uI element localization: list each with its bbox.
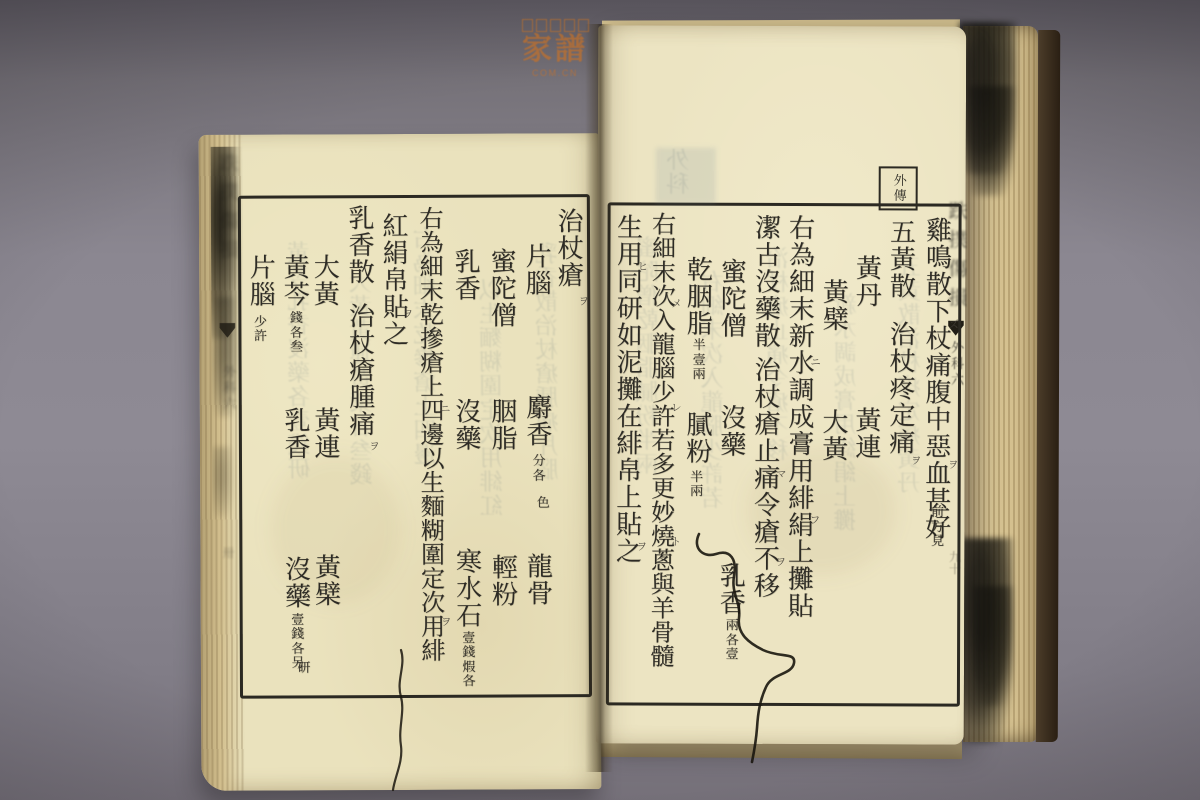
text-segment: 右為細末新水調成膏用緋絹上攤貼 — [785, 214, 812, 619]
text-segment: 治杖疼定痛 — [887, 320, 913, 455]
text-segment: 五黃散 — [887, 218, 913, 299]
kunten-mark: ト — [670, 536, 681, 547]
text-column: 乾胭脂壹兩半膩粉半兩 — [679, 206, 715, 703]
text-segment: 片腦 — [523, 242, 549, 296]
text-column: 黃芩各叁錢乳香沒藥各另壹錢研 — [277, 198, 313, 695]
kunten-mark: メ — [671, 298, 682, 309]
bleedthrough-text: 外科 — [669, 148, 692, 196]
kunten-mark: ヲ — [947, 459, 958, 470]
kunten-mark: ヲ — [636, 540, 647, 551]
kunten-mark: ヲ — [910, 454, 921, 465]
text-segment: 龍骨 — [524, 552, 550, 606]
kunten-mark: ニ — [439, 403, 450, 414]
kunten-mark: フ — [809, 514, 820, 525]
text-segment: 大黃 — [311, 253, 337, 307]
text-layer: 雞鳴散下杖痛腹中惡血甚好ズヲ方見前五黃散治杖疼定痛ヲ黃丹黃連黃檗大黃右為細末新水… — [609, 205, 959, 703]
text-segment: 治杖瘡腫痛 — [346, 302, 373, 437]
text-segment: 紅絹帛貼之 — [380, 212, 407, 347]
dose-annotation: 各分 — [530, 453, 543, 482]
kunten-mark: ヒ — [637, 260, 648, 271]
dose-annotation: 各叁錢 — [288, 310, 301, 353]
text-column: 右為細末乾摻瘡上四邊以生麵糊圍定次用緋ニヲ — [412, 198, 448, 695]
text-segment: 少許 — [252, 315, 265, 343]
kunten-mark: ヲ — [402, 308, 413, 319]
kunten-mark: ニ — [810, 356, 821, 367]
text-segment: 黃連 — [312, 406, 338, 460]
kunten-mark: ヲ — [578, 295, 589, 306]
text-segment: 乾胭脂 — [684, 256, 710, 337]
text-column: 黃丹黃連 — [848, 206, 884, 703]
text-segment: 乳香 — [717, 562, 743, 616]
text-segment: 沒藥 — [453, 398, 479, 452]
watermark-seal-row — [522, 19, 589, 32]
text-segment: 蜜陀僧 — [488, 248, 514, 329]
text-column: 五黃散治杖疼定痛ヲ — [882, 206, 918, 703]
kunten-mark: レ — [670, 402, 681, 413]
text-segment: 半兩 — [688, 470, 701, 498]
text-segment: 右為細末乾摻瘡上四邊以生麵糊圍定次用緋 — [417, 206, 443, 662]
book-cover-edge — [1036, 30, 1060, 742]
text-column: 片腦少許 — [243, 199, 279, 696]
text-column: 乳香沒藥寒水石煆各壹錢 — [448, 198, 484, 695]
text-segment: 蜜陀僧 — [718, 258, 744, 339]
text-segment: 胭脂 — [489, 397, 515, 451]
text-segment: 治杖瘡 — [555, 207, 581, 288]
text-segment: 黃芩 — [281, 253, 307, 307]
text-column: 右細末次入龍腦少許若多更妙燒蔥與羊骨髓メレト — [643, 206, 679, 703]
text-segment: 膩粉 — [684, 411, 710, 465]
text-column: 生用同研如泥攤在緋帛上貼之ヒヲ — [609, 205, 645, 702]
text-segment: 乳香 — [452, 248, 478, 302]
text-layer: 治杖瘡ヲ片腦麝香各分色龍骨蜜陀僧胭脂輕粉乳香沒藥寒水石煆各壹錢右為細末乾摻瘡上四… — [241, 197, 589, 696]
text-column: 治杖瘡ヲ — [551, 197, 587, 694]
text-segment: 片腦 — [247, 254, 273, 308]
dose-annotation: 壹兩半 — [691, 338, 704, 381]
text-column: 片腦麝香各分色龍骨 — [519, 197, 555, 694]
left-page: 跌撲傷損 外科六 卅 黃芩乳香沒藥各壹錢研大黃黃連黃檗各叁錢右為細末乾摻瘡上四邊… — [199, 133, 602, 791]
text-segment: 色 — [535, 495, 548, 509]
text-column: 雞鳴散下杖痛腹中惡血甚好ズヲ方見前 — [918, 206, 954, 703]
kunten-mark: ヲ — [440, 616, 451, 627]
dose-annotation: 方見前 — [929, 505, 942, 548]
text-segment: 研 — [295, 660, 308, 674]
text-segment: 沒藥 — [718, 404, 744, 458]
text-segment: 乳香 — [282, 406, 308, 460]
kunten-mark: マ — [775, 468, 786, 479]
text-segment: 麝香 — [524, 393, 550, 447]
watermark-large-text: 家譜 — [522, 35, 588, 65]
ink-bleed-smudge — [973, 586, 1013, 706]
text-segment: 黃連 — [853, 406, 879, 460]
dose-annotation: 煆各壹錢 — [460, 631, 473, 688]
site-watermark: 家譜 COM.CN — [498, 5, 612, 101]
ink-bleed-smudge — [969, 86, 1015, 196]
text-segment: 潔古沒藥散 — [752, 214, 778, 349]
watermark-url-text: COM.CN — [532, 68, 578, 78]
right-page-printed-frame: 蜜陀僧乾胭脂膩粉半兩右細末次入龍腦少許若治杖瘡止痛令瘡不移新水調成膏用緋絹上攤五… — [606, 202, 962, 706]
photograph-of-open-woodblock-book: { "scene": { "description": "Photograph … — [0, 0, 1200, 800]
text-column: 右為細末新水調成膏用緋絹上攤貼ニフ — [781, 206, 817, 703]
left-page-printed-frame: 黃芩乳香沒藥各壹錢研大黃黃連黃檗各叁錢右為細末乾摻瘡上四邊以生麵糊圍定次用緋紅乳… — [238, 194, 592, 699]
kunten-mark: ヲ — [368, 440, 379, 451]
text-segment: 大黃 — [820, 408, 846, 462]
text-segment: 乳香散 — [346, 204, 372, 285]
fore-edge-page-stack — [963, 26, 1038, 742]
text-column: 蜜陀僧沒藥乳香各壹兩 — [713, 206, 749, 703]
text-column: 黃檗大黃 — [815, 206, 851, 703]
text-segment: 沒藥 — [282, 555, 308, 609]
text-segment: 黃檗 — [820, 278, 846, 332]
text-column: 潔古沒藥散治杖瘡止痛令瘡不移マヲ — [747, 206, 783, 703]
kunten-mark: ズ — [948, 319, 959, 330]
text-segment: 輕粉 — [489, 553, 515, 607]
dose-annotation: 各壹兩 — [724, 618, 737, 661]
text-column: 紅絹帛貼之ヲ — [376, 198, 412, 695]
text-segment: 雞鳴散下杖痛腹中惡血甚好 — [922, 216, 949, 540]
text-column: 蜜陀僧胭脂輕粉 — [484, 197, 520, 694]
banxin-page-mark: 卅 — [220, 547, 237, 559]
text-segment: 黃丹 — [853, 254, 879, 308]
banxin-section-label: 外科六 — [221, 365, 234, 413]
right-page: 外傳 跌撲傷損 外科六 九十 蜜陀僧乾胭脂膩粉半兩右細末次入龍腦少許若治杖瘡止痛… — [596, 25, 967, 744]
text-column: 乳香散治杖瘡腫痛ヲ — [342, 198, 378, 695]
text-segment: 黃檗 — [312, 553, 338, 607]
kunten-mark: ヲ — [775, 556, 786, 567]
ink-smudge — [212, 447, 232, 517]
text-segment: 寒水石 — [453, 548, 479, 629]
section-tab-label: 外傳 — [889, 173, 908, 203]
text-segment: 右細末次入龍腦少許若多更妙燒蔥與羊骨髓 — [648, 212, 674, 668]
